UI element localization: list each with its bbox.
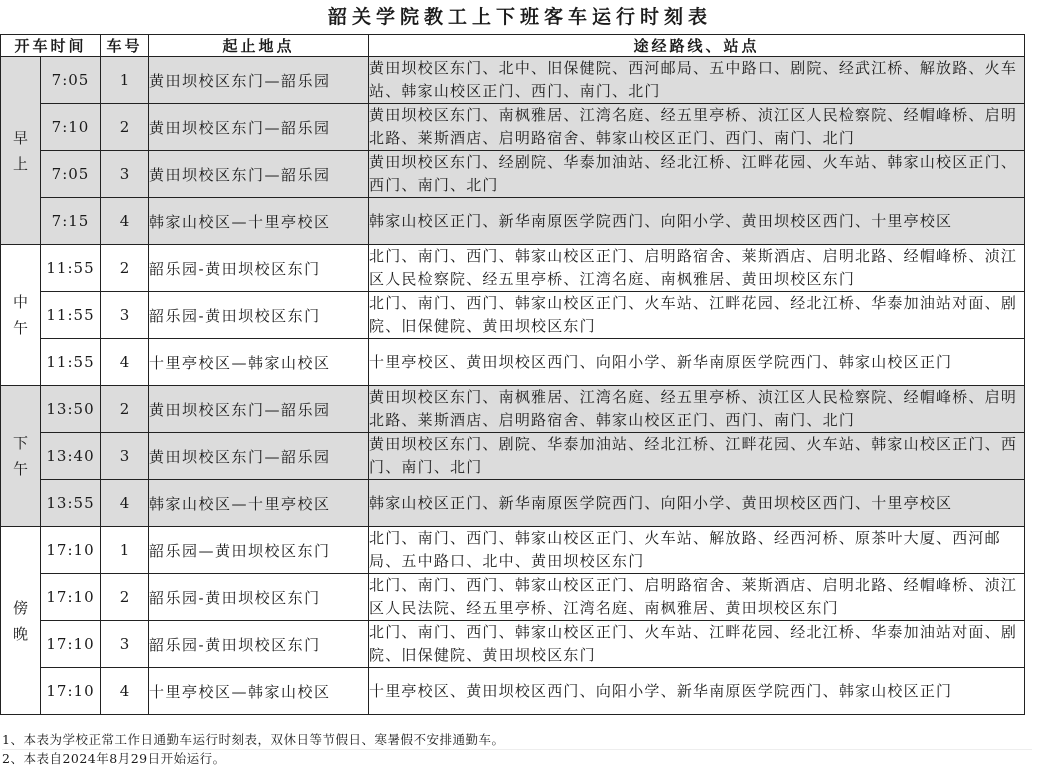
route-stops: 北门、南门、西门、韩家山校区正门、火车站、江畔花园、经北江桥、华泰加油站对面、剧… [369,292,1025,339]
table-row: 17:10 2 韶乐园-黄田坝校区东门 北门、南门、西门、韩家山校区正门、启明路… [1,574,1025,621]
route-endpoints: 韶乐园-黄田坝校区东门 [149,574,369,621]
bus-number: 1 [101,527,149,574]
table-row: 早上 7:05 1 黄田坝校区东门—韶乐园 黄田坝校区东门、北中、旧保健院、西河… [1,57,1025,104]
depart-time: 11:55 [41,292,101,339]
bus-number: 3 [101,151,149,198]
route-stops: 黄田坝校区东门、南枫雅居、江湾名庭、经五里亭桥、浈江区人民检察院、经帽峰桥、启明… [369,104,1025,151]
period-afternoon: 下午 [1,386,41,527]
route-stops: 十里亭校区、黄田坝校区西门、向阳小学、新华南原医学院西门、韩家山校区正门 [369,339,1025,386]
bus-number: 2 [101,386,149,433]
route-stops: 黄田坝校区东门、经剧院、华泰加油站、经北江桥、江畔花园、火车站、韩家山校区正门、… [369,151,1025,198]
depart-time: 7:10 [41,104,101,151]
table-row: 傍晚 17:10 1 韶乐园—黄田坝校区东门 北门、南门、西门、韩家山校区正门、… [1,527,1025,574]
footnote-2: 2、本表自2024年8月29日开始运行。 [2,750,1032,767]
route-stops: 韩家山校区正门、新华南原医学院西门、向阳小学、黄田坝校区西门、十里亭校区 [369,480,1025,527]
period-evening: 傍晚 [1,527,41,715]
table-row: 11:55 3 韶乐园-黄田坝校区东门 北门、南门、西门、韩家山校区正门、火车站… [1,292,1025,339]
bus-number: 1 [101,57,149,104]
route-stops: 北门、南门、西门、韩家山校区正门、启明路宿舍、莱斯酒店、启明北路、经帽峰桥、浈江… [369,574,1025,621]
table-row: 17:10 4 十里亭校区—韩家山校区 十里亭校区、黄田坝校区西门、向阳小学、新… [1,668,1025,715]
footnote-1: 1、本表为学校正常工作日通勤车运行时刻表，双休日等节假日、寒暑假不安排通勤车。 [2,731,1032,750]
period-label: 傍晚 [13,595,29,647]
route-stops: 黄田坝校区东门、南枫雅居、江湾名庭、经五里亭桥、浈江区人民检察院、经帽峰桥、启明… [369,386,1025,433]
route-endpoints: 黄田坝校区东门—韶乐园 [149,57,369,104]
route-endpoints: 黄田坝校区东门—韶乐园 [149,151,369,198]
header-route: 起止地点 [149,35,369,57]
table-row: 下午 13:50 2 黄田坝校区东门—韶乐园 黄田坝校区东门、南枫雅居、江湾名庭… [1,386,1025,433]
route-endpoints: 韶乐园—黄田坝校区东门 [149,527,369,574]
route-stops: 十里亭校区、黄田坝校区西门、向阳小学、新华南原医学院西门、韩家山校区正门 [369,668,1025,715]
route-endpoints: 黄田坝校区东门—韶乐园 [149,386,369,433]
page-title: 韶关学院教工上下班客车运行时刻表 [0,0,1040,35]
depart-time: 13:55 [41,480,101,527]
header-row: 开车时间 车号 起止地点 途经路线、站点 [1,35,1025,57]
table-row: 17:10 3 韶乐园-黄田坝校区东门 北门、南门、西门、韩家山校区正门、火车站… [1,621,1025,668]
depart-time: 17:10 [41,621,101,668]
bus-number: 4 [101,198,149,245]
route-stops: 韩家山校区正门、新华南原医学院西门、向阳小学、黄田坝校区西门、十里亭校区 [369,198,1025,245]
route-stops: 黄田坝校区东门、剧院、华泰加油站、经北江桥、江畔花园、火车站、韩家山校区正门、西… [369,433,1025,480]
route-stops: 北门、南门、西门、韩家山校区正门、火车站、江畔花园、经北江桥、华泰加油站对面、剧… [369,621,1025,668]
bus-number: 4 [101,480,149,527]
footnotes: 1、本表为学校正常工作日通勤车运行时刻表，双休日等节假日、寒暑假不安排通勤车。 … [2,731,1032,767]
route-endpoints: 黄田坝校区东门—韶乐园 [149,104,369,151]
period-noon: 中午 [1,245,41,386]
bus-number: 2 [101,104,149,151]
period-label: 下午 [13,430,29,482]
depart-time: 13:40 [41,433,101,480]
depart-time: 13:50 [41,386,101,433]
depart-time: 7:05 [41,151,101,198]
route-endpoints: 韩家山校区—十里亭校区 [149,480,369,527]
depart-time: 17:10 [41,668,101,715]
table-row: 13:55 4 韩家山校区—十里亭校区 韩家山校区正门、新华南原医学院西门、向阳… [1,480,1025,527]
period-label: 早上 [13,125,29,177]
schedule-table: 开车时间 车号 起止地点 途经路线、站点 早上 7:05 1 黄田坝校区东门—韶… [0,34,1025,715]
bus-number: 4 [101,668,149,715]
header-stops: 途经路线、站点 [369,35,1025,57]
header-bus: 车号 [101,35,149,57]
table-row: 7:10 2 黄田坝校区东门—韶乐园 黄田坝校区东门、南枫雅居、江湾名庭、经五里… [1,104,1025,151]
bus-number: 3 [101,433,149,480]
depart-time: 17:10 [41,574,101,621]
period-label: 中午 [13,289,29,341]
header-time: 开车时间 [1,35,101,57]
table-row: 11:55 4 十里亭校区—韩家山校区 十里亭校区、黄田坝校区西门、向阳小学、新… [1,339,1025,386]
depart-time: 11:55 [41,339,101,386]
route-stops: 北门、南门、西门、韩家山校区正门、火车站、解放路、经西河桥、原茶叶大厦、西河邮局… [369,527,1025,574]
table-row: 7:15 4 韩家山校区—十里亭校区 韩家山校区正门、新华南原医学院西门、向阳小… [1,198,1025,245]
depart-time: 7:15 [41,198,101,245]
bus-number: 2 [101,574,149,621]
route-stops: 黄田坝校区东门、北中、旧保健院、西河邮局、五中路口、剧院、经武江桥、解放路、火车… [369,57,1025,104]
route-endpoints: 韶乐园-黄田坝校区东门 [149,292,369,339]
depart-time: 17:10 [41,527,101,574]
depart-time: 11:55 [41,245,101,292]
route-stops: 北门、南门、西门、韩家山校区正门、启明路宿舍、莱斯酒店、启明北路、经帽峰桥、浈江… [369,245,1025,292]
route-endpoints: 十里亭校区—韩家山校区 [149,668,369,715]
table-row: 7:05 3 黄田坝校区东门—韶乐园 黄田坝校区东门、经剧院、华泰加油站、经北江… [1,151,1025,198]
route-endpoints: 韶乐园-黄田坝校区东门 [149,245,369,292]
bus-number: 4 [101,339,149,386]
route-endpoints: 韶乐园-黄田坝校区东门 [149,621,369,668]
route-endpoints: 韩家山校区—十里亭校区 [149,198,369,245]
table-row: 13:40 3 黄田坝校区东门—韶乐园 黄田坝校区东门、剧院、华泰加油站、经北江… [1,433,1025,480]
route-endpoints: 黄田坝校区东门—韶乐园 [149,433,369,480]
bus-number: 3 [101,292,149,339]
route-endpoints: 十里亭校区—韩家山校区 [149,339,369,386]
depart-time: 7:05 [41,57,101,104]
bus-number: 3 [101,621,149,668]
bus-number: 2 [101,245,149,292]
table-row: 中午 11:55 2 韶乐园-黄田坝校区东门 北门、南门、西门、韩家山校区正门、… [1,245,1025,292]
period-morning: 早上 [1,57,41,245]
